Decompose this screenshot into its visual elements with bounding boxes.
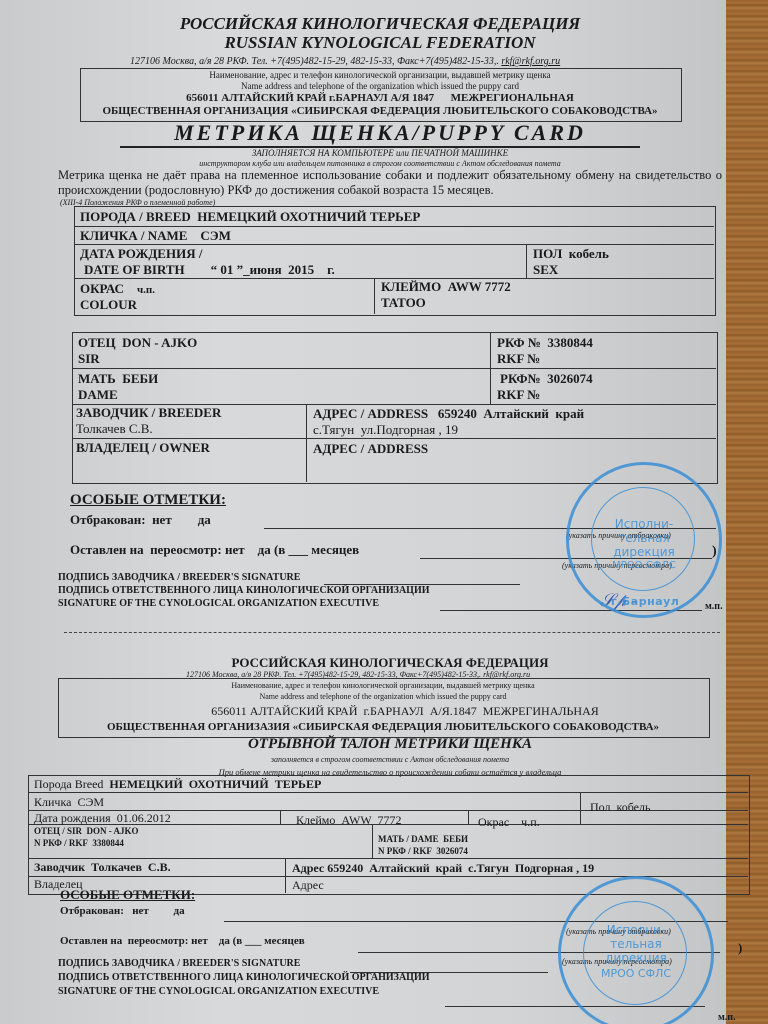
- colour-value: ч.п.: [137, 284, 155, 296]
- stub-sire-rkf-label: N РКФ / RKF: [34, 838, 88, 848]
- stub-issuer-label-ru: Наименование, адрес и телефон кинологиче…: [58, 681, 708, 690]
- sire-rkf-value: 3380844: [547, 335, 593, 350]
- stub-dob-row: Дата рождения 01.06.2012: [34, 810, 171, 826]
- stub-stamp-center-4: МРОО СФЛС: [561, 967, 711, 981]
- stub-organization-stamp: Исполни- тельная дирекция МРОО СФЛС: [558, 876, 714, 1024]
- stub-colour-value: ч.п.: [521, 815, 539, 829]
- stub-issuer-line2: ОБЩЕСТВЕННАЯ ОРГАНИЗАЗИЯ «СИБИРСКАЯ ФЕДЕ…: [58, 721, 708, 733]
- sex-label-ru: ПОЛ: [533, 246, 562, 261]
- stub-tattoo-value: AWW 7772: [341, 813, 401, 827]
- dob-row: DATE OF BIRTH “ 01 ”_июня 2015 г.: [84, 262, 335, 278]
- row-divider: [72, 368, 716, 369]
- organization-stamp: Исполни- тельная дирекция МРОО СФЛС г.Ба…: [566, 462, 722, 618]
- stub-name-row: Кличка СЭМ: [34, 794, 104, 810]
- notice-text: Метрика щенка не даёт права на племенное…: [58, 168, 722, 198]
- breeder-value: Толкачев С.В.: [76, 421, 153, 437]
- row-divider: [74, 244, 714, 245]
- stub-dam-value: БЕБИ: [443, 834, 468, 844]
- sire-label-en: SIR: [78, 351, 100, 367]
- dam-label-en: DAME: [78, 387, 118, 403]
- stub-stamp-center-3: дирекция: [561, 951, 711, 965]
- issuer-label-en: Name address and telephone of the organi…: [80, 81, 680, 92]
- stub-breed-row: Порода Breed НЕМЕЦКИЙ ОХОТНИЧИЙ ТЕРЬЕР: [34, 776, 321, 792]
- stamp-center-2: тельная: [569, 531, 719, 545]
- stub-sex-label: Пол: [590, 800, 611, 814]
- stub-breed-value: НЕМЕЦКИЙ ОХОТНИЧИЙ ТЕРЬЕР: [109, 777, 321, 791]
- col-divider: [372, 824, 373, 858]
- stub-culled-field: Отбракован: нет да: [60, 905, 185, 917]
- stub-tattoo-row: Клеймо AWW 7772: [296, 812, 401, 828]
- breed-row: ПОРОДА / BREED НЕМЕЦКИЙ ОХОТНИЧИЙ ТЕРЬЕР: [80, 209, 420, 225]
- owner-label: ВЛАДЕЛЕЦ / OWNER: [76, 440, 210, 456]
- breed-value: НЕМЕЦКИЙ ОХОТНИЧИЙ ТЕРЬЕР: [197, 209, 420, 224]
- col-divider: [468, 810, 469, 824]
- stamp-center-3: дирекция: [569, 545, 719, 559]
- stub-address-label: Адрес: [292, 861, 324, 875]
- stub-exec-signature-label-en: SIGNATURE OF THE CYNOLOGICAL ORGANIZATIO…: [58, 986, 379, 997]
- col-divider: [306, 404, 307, 482]
- tattoo-value: AWW 7772: [448, 279, 511, 294]
- stub-dam-label: МАТЬ / DAME: [378, 834, 439, 844]
- stub-review-field: Оставлен на переосмотр: нет да (в ___ ме…: [60, 935, 305, 947]
- header-org-ru: РОССИЙСКАЯ КИНОЛОГИЧЕСКАЯ ФЕДЕРАЦИЯ: [150, 14, 610, 33]
- stub-name-label: Кличка: [34, 795, 71, 809]
- sex-label-en: SEX: [533, 262, 558, 278]
- header-address: 127106 Москва, а/я 28 РКФ. Тел. +7(495)4…: [130, 56, 560, 67]
- sire-rkf-label: РКФ №: [497, 335, 541, 350]
- colour-row: ОКРАС ч.п.: [80, 281, 155, 298]
- stub-stamp-center-1: Исполни-: [561, 923, 711, 937]
- stub-note1: заполняется в строгом соответствии с Акт…: [120, 755, 660, 764]
- stub-sire-row: ОТЕЦ / SIR DON - AJKO: [34, 826, 139, 837]
- col-divider: [280, 810, 281, 824]
- email-link[interactable]: rkf@rkf.org.ru: [501, 56, 560, 67]
- tattoo-row: КЛЕЙМО AWW 7772: [381, 279, 511, 295]
- stub-review-close-paren: ): [738, 940, 742, 956]
- review-field: Оставлен на переосмотр: нет да (в ___ ме…: [70, 542, 359, 558]
- culled-field: Отбракован: нет да: [70, 512, 211, 528]
- stub-tattoo-label: Клеймо: [296, 813, 335, 827]
- dam-label-ru: МАТЬ: [78, 371, 116, 386]
- stub-colour-label: Окрас: [478, 815, 509, 829]
- tattoo-label-ru: КЛЕЙМО: [381, 279, 441, 294]
- stub-colour-row: Окрас ч.п.: [478, 814, 540, 830]
- row-divider: [28, 792, 748, 793]
- breeder-address-label: АДРЕС / ADDRESS: [313, 406, 428, 421]
- row-divider: [72, 438, 716, 439]
- stub-breeder-signature-label: ПОДПИСЬ ЗАВОДЧИКА / BREEDER'S SIGNATURE: [58, 958, 300, 969]
- tear-off-line: [64, 632, 720, 633]
- breeder-address-line1: 659240 Алтайский край: [438, 406, 584, 421]
- stamp-center-4: МРОО СФЛС: [569, 559, 719, 573]
- dob-label-en: DATE OF BIRTH: [84, 262, 185, 277]
- name-label: КЛИЧКА / NAME: [80, 228, 187, 243]
- dam-rkf-row: РКФ№ 3026074: [500, 371, 593, 387]
- stub-sire-label: ОТЕЦ / SIR: [34, 826, 82, 836]
- sire-value: DON - AJKO: [122, 335, 197, 350]
- tattoo-label-en: TATOO: [381, 295, 426, 311]
- address-text: 127106 Москва, а/я 28 РКФ. Тел. +7(495)4…: [130, 56, 499, 67]
- sire-rkf-label-en: RKF №: [497, 351, 540, 367]
- stub-breeder-address-row: Адрес 659240 Алтайский край с.Тягун Подг…: [292, 860, 594, 876]
- breeder-signature-label: ПОДПИСЬ ЗАВОДЧИКА / BREEDER'S SIGNATURE: [58, 572, 300, 583]
- stamp-city: г.Барнаул: [611, 595, 679, 608]
- stub-dob-value: 01.06.2012: [117, 811, 171, 825]
- col-divider: [490, 332, 491, 404]
- issuer-line2: ОБЩЕСТВЕННАЯ ОРГАНИЗАЦИЯ «СИБИРСКАЯ ФЕДЕ…: [80, 105, 680, 118]
- stub-issuer-line1: 656011 АЛТАЙСКИЙ КРАЙ г.БАРНАУЛ А/Я.1847…: [80, 704, 730, 719]
- stub-owner-address-label: Адрес: [292, 877, 324, 893]
- sex-row: ПОЛ кобель: [533, 246, 609, 262]
- stub-title: ОТРЫВНОЙ ТАЛОН МЕТРИКИ ЩЕНКА: [120, 736, 660, 753]
- stub-breeder-row: Заводчик Толкачев С.В.: [34, 859, 171, 875]
- col-divider: [374, 278, 375, 314]
- dam-row: МАТЬ БЕБИ: [78, 371, 158, 387]
- stub-issuer-label-en: Name address and telephone of the organi…: [58, 692, 708, 701]
- stub-name-value: СЭМ: [77, 795, 104, 809]
- breeder-address-line2: с.Тягун ул.Подгорная , 19: [313, 422, 458, 438]
- breeder-label: ЗАВОДЧИК / BREEDER: [76, 405, 221, 421]
- dam-rkf-label-en: RKF №: [497, 387, 540, 403]
- sire-rkf-row: РКФ № 3380844: [497, 335, 593, 351]
- stub-exec-signature-label-ru: ПОДПИСЬ ОТВЕТСТВЕННОГО ЛИЦА КИНОЛОГИЧЕСК…: [58, 972, 430, 983]
- special-marks-heading: ОСОБЫЕ ОТМЕТКИ:: [70, 492, 226, 509]
- dam-rkf-label: РКФ№: [500, 371, 541, 386]
- row-divider: [74, 226, 714, 227]
- stub-breeder-address: 659240 Алтайский край с.Тягун Подгорная …: [327, 861, 594, 875]
- name-value: СЭМ: [200, 228, 230, 243]
- dam-value: БЕБИ: [122, 371, 158, 386]
- dob-label-ru: ДАТА РОЖДЕНИЯ /: [80, 246, 202, 262]
- sire-row: ОТЕЦ DON - AJKO: [78, 335, 197, 351]
- stub-sire-rkf-value: 3380844: [92, 838, 124, 848]
- fill-note: ЗАПОЛНЯЕТСЯ НА КОМПЬЮТЕРЕ или ПЕЧАТНОЙ М…: [120, 148, 640, 158]
- seal-mark: м.п.: [705, 601, 723, 612]
- stub-dam-row: МАТЬ / DAME БЕБИ: [378, 834, 468, 845]
- stub-seal-mark: м.п.: [718, 1012, 736, 1023]
- stub-dob-label: Дата рождения: [34, 811, 111, 825]
- card-title: МЕТРИКА ЩЕНКА/PUPPY CARD: [120, 120, 640, 148]
- stub-breed-label: Порода Breed: [34, 777, 103, 791]
- col-divider: [526, 244, 527, 278]
- breed-label: ПОРОДА / BREED: [80, 209, 191, 224]
- exec-signature-label-en: SIGNATURE OF THE CYNOLOGICAL ORGANIZATIO…: [58, 598, 379, 609]
- fill-note2: инструктором клуба или владельцем питомн…: [120, 159, 640, 168]
- stub-sire-value: DON - AJKO: [87, 826, 139, 836]
- sex-value: кобель: [569, 246, 609, 261]
- stub-dam-rkf-value: 3026074: [436, 846, 468, 856]
- colour-label-ru: ОКРАС: [80, 281, 124, 296]
- puppy-card-document: РОССИЙСКАЯ КИНОЛОГИЧЕСКАЯ ФЕДЕРАЦИЯ RUSS…: [0, 0, 726, 1024]
- stub-sire-rkf-row: N РКФ / RKF 3380844: [34, 838, 124, 849]
- stub-org-ru: РОССИЙСКАЯ КИНОЛОГИЧЕСКАЯ ФЕДЕРАЦИЯ: [120, 655, 660, 671]
- issuer-label-ru: Наименование, адрес и телефон кинологиче…: [80, 70, 680, 81]
- stub-breeder-label: Заводчик: [34, 860, 85, 874]
- col-divider: [285, 858, 286, 893]
- name-row: КЛИЧКА / NAME СЭМ: [80, 228, 231, 244]
- dam-rkf-value: 3026074: [547, 371, 593, 386]
- issuer-line1: 656011 АЛТАЙСКИЙ КРАЙ г.БАРНАУЛ А/Я 1847…: [80, 92, 680, 105]
- stub-stamp-center-2: тельная: [561, 937, 711, 951]
- header-org-en: RUSSIAN KYNOLOGICAL FEDERATION: [150, 33, 610, 52]
- sire-label-ru: ОТЕЦ: [78, 335, 116, 350]
- exec-signature-label-ru: ПОДПИСЬ ОТВЕТСТВЕННОГО ЛИЦА КИНОЛОГИЧЕСК…: [58, 585, 430, 596]
- col-divider: [580, 792, 581, 824]
- stub-dam-rkf-row: N РКФ / RKF 3026074: [378, 846, 468, 857]
- stub-sex-row: Пол кобель: [590, 799, 650, 815]
- breeder-address-row: АДРЕС / ADDRESS 659240 Алтайский край: [313, 406, 584, 422]
- stub-sex-value: кобель: [617, 800, 651, 814]
- stub-special-marks-heading: ОСОБЫЕ ОТМЕТКИ:: [60, 887, 195, 903]
- dob-value: “ 01 ”_июня 2015 г.: [211, 262, 335, 277]
- stub-dam-rkf-label: N РКФ / RKF: [378, 846, 432, 856]
- stamp-center-1: Исполни-: [569, 517, 719, 531]
- stub-breeder-value: Толкачев С.В.: [91, 860, 171, 874]
- colour-label-en: COLOUR: [80, 297, 137, 313]
- owner-address-label: АДРЕС / ADDRESS: [313, 441, 428, 457]
